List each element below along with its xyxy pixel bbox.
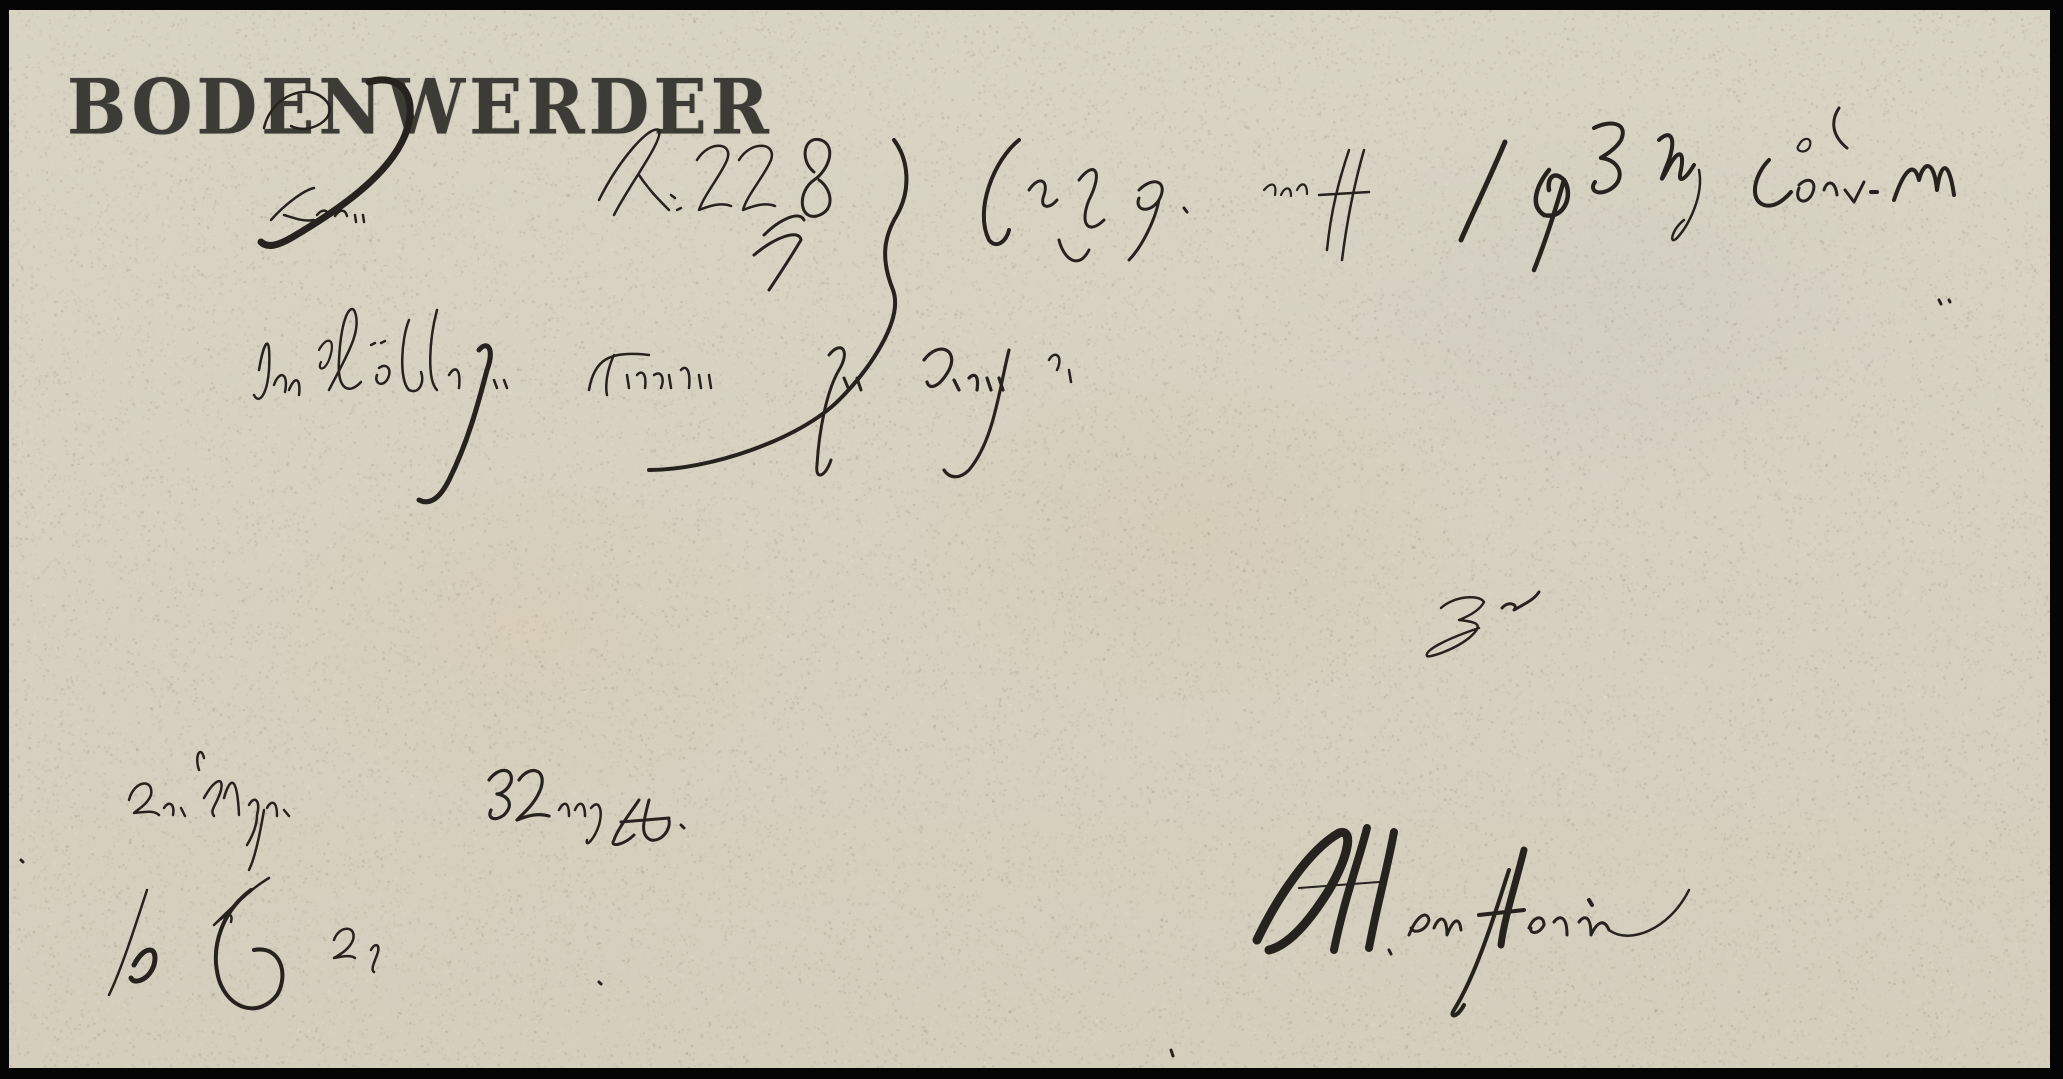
note-value-conv-m (1461, 108, 1954, 270)
salutation-an (271, 188, 364, 222)
docket-ab-22-8 (599, 130, 830, 290)
letter-cover: BODENWERDER (9, 10, 2050, 1068)
rate-mark-2 (261, 80, 410, 246)
long-flourish-stroke (649, 140, 906, 470)
address-line (254, 309, 1071, 502)
preposition-zu (1427, 592, 1539, 656)
paper-specks (21, 300, 1950, 1056)
photo-frame-border: BODENWERDER (0, 0, 2063, 1079)
enclosure-note (129, 752, 684, 870)
note-cash-g-nebst (984, 140, 1369, 261)
carrier-mark-pc (109, 878, 378, 1008)
manuscript-ink (9, 10, 2050, 1068)
destination-ottenstein (1257, 828, 1689, 1015)
